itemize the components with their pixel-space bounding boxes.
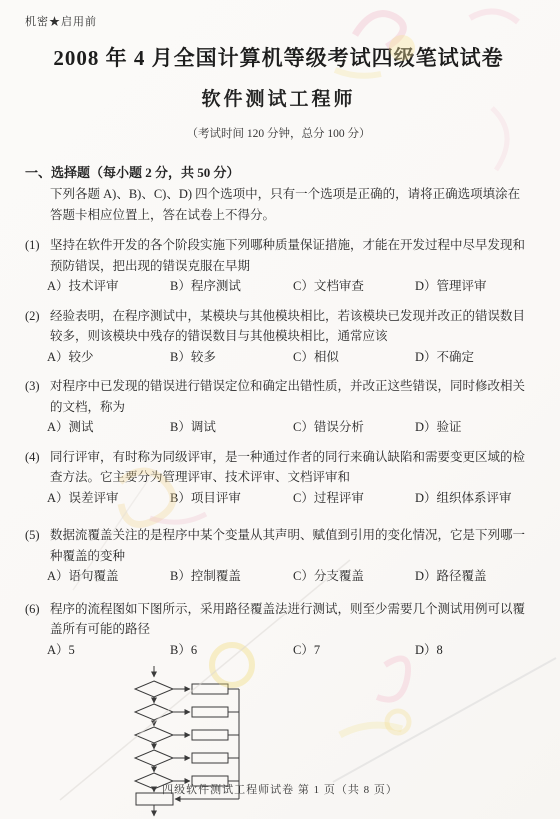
- question-1-option-a: A）技术评审: [47, 276, 170, 297]
- question-5-text-cont: 种覆盖的变种: [50, 546, 532, 567]
- instructions-line-2: 答题卡相应位置上，答在试卷上不得分。: [50, 205, 532, 226]
- question-3-text-cont: 的文档，称为: [50, 397, 532, 418]
- question-5-option-a: A）语句覆盖: [47, 566, 170, 587]
- question-2-option-b: B）较多: [170, 347, 293, 368]
- question-2-text-cont: 较多，则该模块中残存的错误数目与其他模块相比，通常应该: [50, 326, 532, 347]
- question-5-option-b: B）控制覆盖: [170, 566, 293, 587]
- question-1-option-b: B）程序测试: [170, 276, 293, 297]
- question-5-option-d: D）路径覆盖: [415, 566, 532, 587]
- question-3-options: A）测试 B）调试 C）错误分析 D）验证: [47, 417, 532, 438]
- question-2-option-a: A）较少: [47, 347, 170, 368]
- question-4-options: A）误差评审 B）项目评审 C）过程评审 D）组织体系评审: [47, 488, 532, 509]
- flowchart-process-1: [192, 684, 228, 694]
- question-5-number: (5): [25, 525, 50, 546]
- exam-duration-info: （考试时间 120 分钟，总分 100 分）: [25, 125, 532, 141]
- question-1-text: 坚持在软件开发的各个阶段实施下列哪种质量保证措施，才能在开发过程中尽早发现和: [50, 235, 525, 256]
- flowchart-decision-2: [135, 704, 173, 720]
- question-6-stem: (6) 程序的流程图如下图所示，采用路径覆盖法进行测试，则至少需要几个测试用例可…: [25, 599, 532, 620]
- question-5-options: A）语句覆盖 B）控制覆盖 C）分支覆盖 D）路径覆盖: [47, 566, 532, 587]
- question-3-number: (3): [25, 376, 50, 397]
- question-3-option-c: C）错误分析: [293, 417, 415, 438]
- question-6-text: 程序的流程图如下图所示，采用路径覆盖法进行测试，则至少需要几个测试用例可以覆: [50, 599, 525, 620]
- question-3-text: 对程序中已发现的错误进行错误定位和确定出错性质，并改正这些错误，同时修改相关: [50, 376, 525, 397]
- question-1-option-c: C）文档审查: [293, 276, 415, 297]
- question-4-option-c: C）过程评审: [293, 488, 415, 509]
- question-6-text-cont: 盖所有可能的路径: [50, 619, 532, 640]
- flowchart-decision-4: [135, 750, 173, 766]
- question-5-option-c: C）分支覆盖: [293, 566, 415, 587]
- classification-label: 机密★启用前: [25, 13, 532, 29]
- question-3-stem: (3) 对程序中已发现的错误进行错误定位和确定出错性质，并改正这些错误，同时修改…: [25, 376, 532, 397]
- question-1-options: A）技术评审 B）程序测试 C）文档审查 D）管理评审: [47, 276, 532, 297]
- question-4-option-d: D）组织体系评审: [415, 488, 532, 509]
- question-3: (3) 对程序中已发现的错误进行错误定位和确定出错性质，并改正这些错误，同时修改…: [25, 376, 532, 438]
- exam-title: 2008 年 4 月全国计算机等级考试四级笔试试卷: [25, 42, 532, 72]
- question-5-stem: (5) 数据流覆盖关注的是程序中某个变量从其声明、赋值到引用的变化情况，它是下列…: [25, 525, 532, 546]
- flowchart-decision-3: [135, 727, 173, 743]
- question-4-option-a: A）误差评审: [47, 488, 170, 509]
- section-instructions: 下列各题 A)、B)、C)、D) 四个选项中，只有一个选项是正确的，请将正确选项…: [50, 184, 532, 226]
- flowchart-process-2: [192, 707, 228, 717]
- question-4: (4) 同行评审，有时称为同级评审，是一种通过作者的同行来确认缺陷和需要变更区域…: [25, 447, 532, 509]
- question-4-option-b: B）项目评审: [170, 488, 293, 509]
- question-2-text: 经验表明，在程序测试中，某模块与其他模块相比，若该模块已发现并改正的错误数目: [50, 306, 525, 327]
- question-2-options: A）较少 B）较多 C）相似 D）不确定: [47, 347, 532, 368]
- question-1-option-d: D）管理评审: [415, 276, 532, 297]
- question-5-text: 数据流覆盖关注的是程序中某个变量从其声明、赋值到引用的变化情况，它是下列哪一: [50, 525, 525, 546]
- question-3-option-b: B）调试: [170, 417, 293, 438]
- question-6-option-a: A）5: [47, 640, 170, 661]
- question-3-option-a: A）测试: [47, 417, 170, 438]
- question-6-option-c: C）7: [293, 640, 415, 661]
- flowchart-process-3: [192, 730, 228, 740]
- flowchart-decision-1: [135, 681, 173, 697]
- question-6-option-d: D）8: [415, 640, 532, 661]
- instructions-line-1: 下列各题 A)、B)、C)、D) 四个选项中，只有一个选项是正确的，请将正确选项…: [50, 184, 532, 205]
- section-heading: 一、选择题（每小题 2 分，共 50 分）: [25, 162, 532, 181]
- question-5: (5) 数据流覆盖关注的是程序中某个变量从其声明、赋值到引用的变化情况，它是下列…: [25, 525, 532, 587]
- question-2: (2) 经验表明，在程序测试中，某模块与其他模块相比，若该模块已发现并改正的错误…: [25, 306, 532, 368]
- exam-page: 机密★启用前 2008 年 4 月全国计算机等级考试四级笔试试卷 软件测试工程师…: [0, 0, 560, 819]
- question-4-text: 同行评审，有时称为同级评审，是一种通过作者的同行来确认缺陷和需要变更区域的检: [50, 447, 525, 468]
- question-2-option-c: C）相似: [293, 347, 415, 368]
- question-1-number: (1): [25, 235, 50, 256]
- page-footer: 四级软件测试工程师试卷 第 1 页（共 8 页）: [0, 781, 560, 797]
- question-4-stem: (4) 同行评审，有时称为同级评审，是一种通过作者的同行来确认缺陷和需要变更区域…: [25, 447, 532, 468]
- question-2-option-d: D）不确定: [415, 347, 532, 368]
- question-1-stem: (1) 坚持在软件开发的各个阶段实施下列哪种质量保证措施，才能在开发过程中尽早发…: [25, 235, 532, 256]
- question-3-option-d: D）验证: [415, 417, 532, 438]
- question-1-text-cont: 预防错误，把出现的错误克服在早期: [50, 256, 532, 277]
- exam-subtitle: 软件测试工程师: [25, 84, 532, 111]
- question-6-options: A）5 B）6 C）7 D）8: [47, 640, 532, 661]
- question-2-number: (2): [25, 306, 50, 327]
- flowchart-process-4: [192, 753, 228, 763]
- question-6-number: (6): [25, 599, 50, 620]
- question-4-text-cont: 查方法。它主要分为管理评审、技术评审、文档评审和: [50, 467, 532, 488]
- question-6-option-b: B）6: [170, 640, 293, 661]
- question-2-stem: (2) 经验表明，在程序测试中，某模块与其他模块相比，若该模块已发现并改正的错误…: [25, 306, 532, 327]
- question-4-number: (4): [25, 447, 50, 468]
- question-1: (1) 坚持在软件开发的各个阶段实施下列哪种质量保证措施，才能在开发过程中尽早发…: [25, 235, 532, 297]
